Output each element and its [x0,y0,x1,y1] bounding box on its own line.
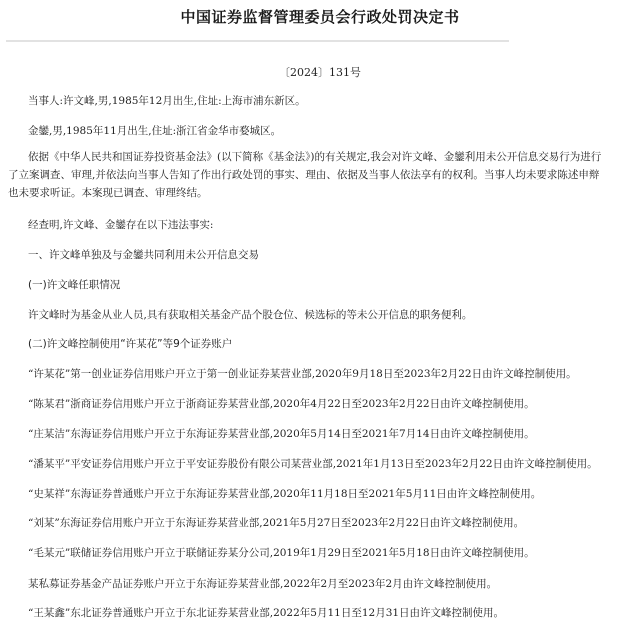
document-title: 中国证券监督管理委员会行政处罚决定书 [0,6,640,27]
account-item: “庄某洁”东海证券信用账户开立于东海证券某营业部,2020年5月14日至2021… [28,425,618,443]
subsection-1-heading: (一)许文峰任职情况 [28,276,618,294]
party-1: 当事人:许文峰,男,1985年12月出生,住址:上海市浦东新区。 [28,92,618,110]
account-item: “毛某元”联储证券信用账户开立于联储证券某分公司,2019年1月29日至2021… [28,544,618,562]
account-item: “许某花”第一创业证券信用账户开立于第一创业证券某营业部,2020年9月18日至… [28,365,618,383]
account-item: “刘某”东海证券信用账户开立于东海证券某营业部,2021年5月27日至2023年… [28,514,618,532]
document-page: 中国证券监督管理委员会行政处罚决定书 〔2024〕131号 当事人:许文峰,男,… [0,0,640,629]
section-1-heading: 一、许文峰单独及与金鑾共同利用未公开信息交易 [28,246,618,264]
subsection-2-heading: (二)许文峰控制使用“许某花”等9个证券账户 [28,335,618,353]
account-item: “陈某君”浙商证券信用账户开立于浙商证券某营业部,2020年4月22日至2023… [28,395,618,413]
party-2: 金鑾,男,1985年11月出生,住址:浙江省金华市婺城区。 [28,122,618,140]
account-item: “王某鑫”东北证券普通账户开立于东北证券某营业部,2022年5月11日至12月3… [28,604,618,622]
intro-paragraph: 依据《中华人民共和国证券投资基金法》(以下简称《基金法》)的有关规定,我会对许文… [8,148,608,202]
title-divider [6,40,509,42]
account-item: 某私募证券基金产品证券账户开立于东海证券某营业部,2022年2月至2023年2月… [28,575,618,593]
account-item: “史某祥”东海证券普通账户开立于东海证券某营业部,2020年11月18日至202… [28,485,618,503]
account-item: “潘某平”平安证券信用账户开立于平安证券股份有限公司某营业部,2021年1月13… [28,455,618,473]
subsection-1-text: 许文峰时为基金从业人员,具有获取相关基金产品个股仓位、候选标的等未公开信息的职务… [28,306,618,324]
document-number: 〔2024〕131号 [0,64,640,80]
findings-intro: 经查明,许文峰、金鑾存在以下违法事实: [28,216,618,234]
